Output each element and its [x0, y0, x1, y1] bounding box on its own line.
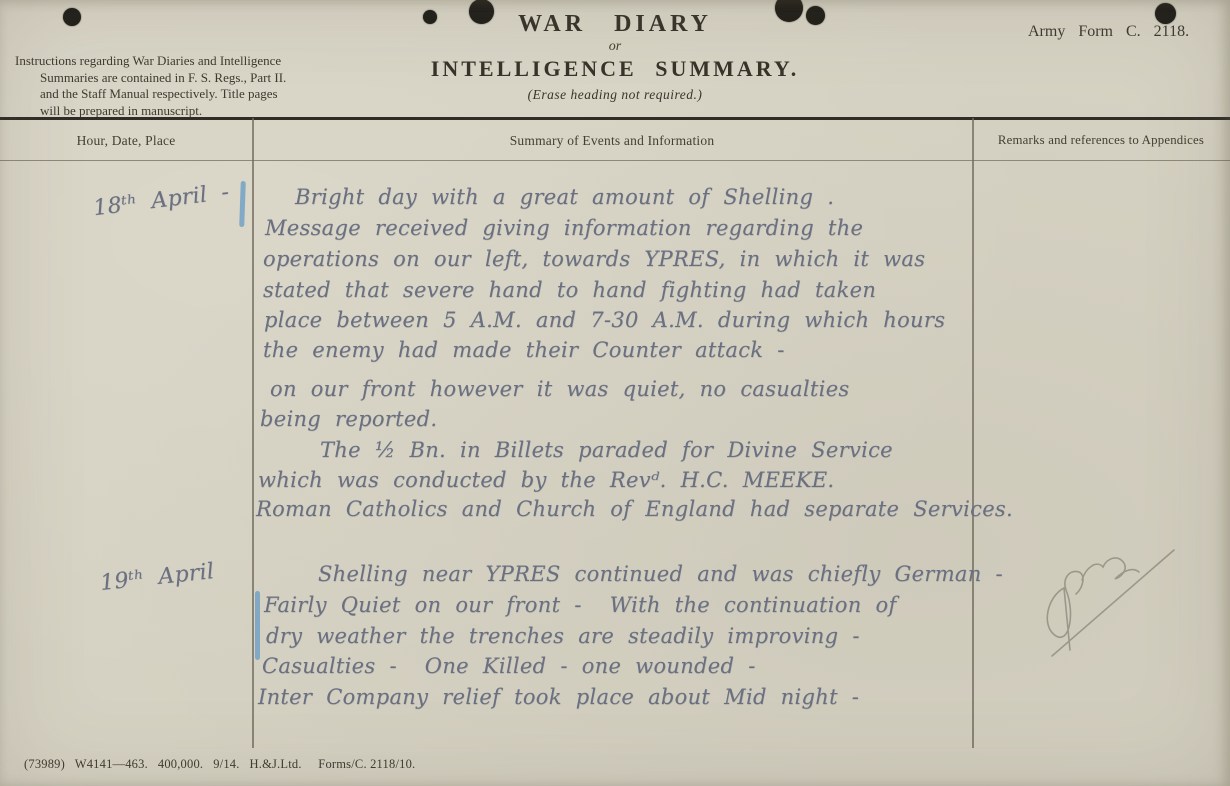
diary-line: stated that severe hand to hand fighting… — [263, 278, 876, 302]
diary-line: Shelling near YPRES continued and was ch… — [318, 562, 1003, 586]
form-title: WAR DIARY — [400, 11, 830, 38]
column-header-remarks: Remarks and references to Appendices — [972, 133, 1230, 148]
instructions-line: and the Staff Manual respectively. Title… — [15, 86, 367, 103]
column-header-hour-date-place: Hour, Date, Place — [0, 133, 252, 149]
entry-date: 19ᵗʰ April — [99, 559, 215, 596]
diary-line: the enemy had made their Counter attack … — [263, 338, 785, 362]
table-header-rule — [0, 160, 1230, 161]
ink-blot — [63, 8, 81, 26]
army-form-number: Army Form C. 2118. — [1028, 23, 1189, 41]
instructions-line: Summaries are contained in F. S. Regs., … — [15, 70, 367, 87]
war-diary-form-page: Instructions regarding War Diaries and I… — [0, 0, 1230, 786]
diary-line: Casualties - One Killed - one wounded - — [262, 654, 756, 678]
instructions-line: Instructions regarding War Diaries and I… — [15, 53, 367, 70]
diary-line: dry weather the trenches are steadily im… — [266, 624, 860, 648]
diary-line: Inter Company relief took place about Mi… — [258, 685, 859, 709]
signature-mark — [1012, 542, 1184, 660]
form-title-or: or — [400, 39, 830, 55]
diary-line: operations on our left, towards YPRES, i… — [263, 247, 925, 271]
diary-line: Bright day with a great amount of Shelli… — [295, 185, 834, 209]
column-header-summary: Summary of Events and Information — [252, 133, 972, 149]
column-divider — [252, 118, 254, 748]
diary-line: on our front however it was quiet, no ca… — [270, 377, 850, 401]
blue-crayon-mark — [239, 181, 246, 227]
diary-line: which was conducted by the Revᵈ. H.C. ME… — [258, 468, 834, 492]
diary-line: Roman Catholics and Church of England ha… — [256, 497, 1013, 521]
entry-date: 18ᵗʰ April - — [92, 180, 231, 221]
table-top-rule — [0, 117, 1230, 120]
ink-blot — [1155, 3, 1176, 24]
form-title-block: WAR DIARY or INTELLIGENCE SUMMARY. (Eras… — [400, 11, 830, 103]
diary-line: The ½ Bn. in Billets paraded for Divine … — [320, 438, 893, 462]
printers-imprint: (73989) W4141—463. 400,000. 9/14. H.&J.L… — [24, 757, 415, 772]
diary-line: Fairly Quiet on our front - With the con… — [264, 593, 897, 617]
column-divider — [972, 118, 974, 748]
diary-line: being reported. — [260, 407, 437, 431]
diary-line: place between 5 A.M. and 7-30 A.M. durin… — [264, 308, 945, 332]
diary-line: Message received giving information rega… — [265, 216, 863, 240]
erase-heading-note: (Erase heading not required.) — [400, 87, 830, 103]
blue-crayon-mark — [255, 591, 260, 660]
instructions-note: Instructions regarding War Diaries and I… — [15, 53, 367, 119]
form-subtitle: INTELLIGENCE SUMMARY. — [400, 56, 830, 82]
